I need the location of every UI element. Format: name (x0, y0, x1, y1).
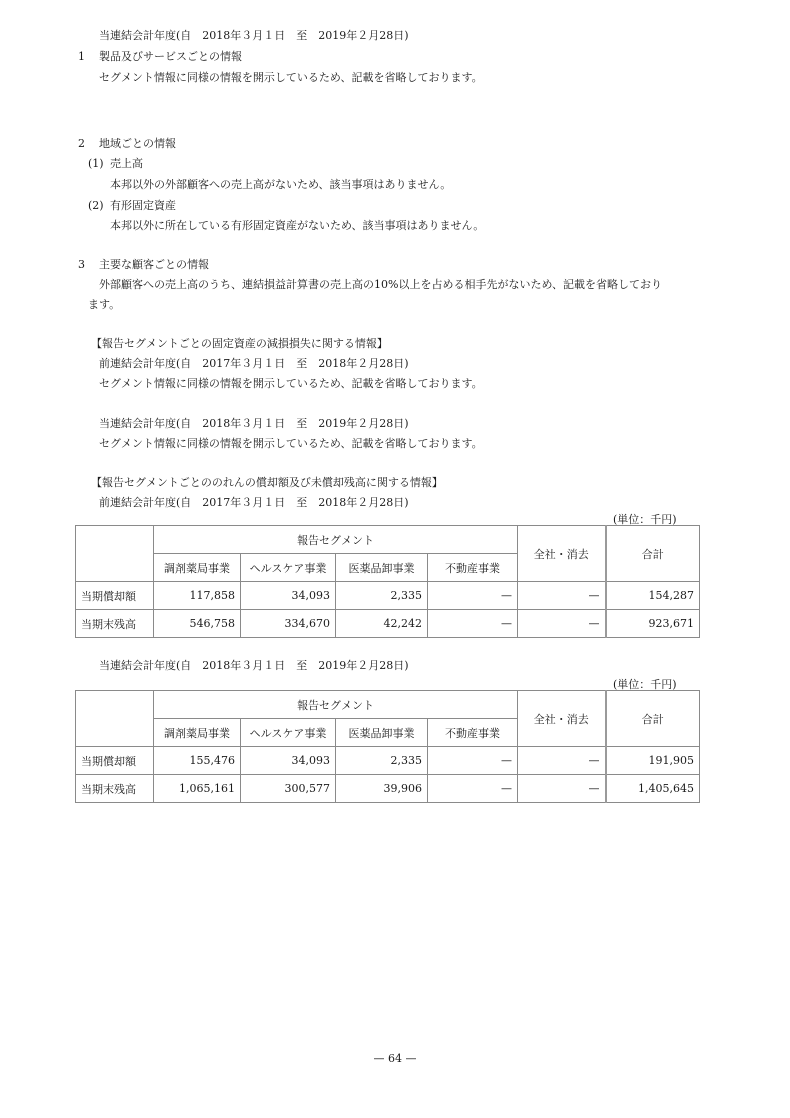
cell-value: 42,242 (336, 610, 428, 638)
header-reporting-segment: 報告セグメント (154, 526, 518, 554)
item-3-body-line2: ます。 (88, 298, 120, 312)
header-blank (76, 526, 154, 582)
header-segment-pharmacy: 調剤薬局事業 (154, 554, 241, 582)
table-row: 当期末残高 1,065,161 300,577 39,906 — — 1,405… (76, 775, 700, 803)
header-segment-pharmacy: 調剤薬局事業 (154, 719, 241, 747)
row-label: 当期償却額 (76, 747, 154, 775)
item-2-2-label: (2) (88, 199, 104, 213)
item-1-body: セグメント情報に同様の情報を開示しているため、記載を省略しております。 (99, 71, 483, 85)
cell-value: 155,476 (154, 747, 241, 775)
cell-total: 154,287 (606, 582, 700, 610)
impairment-prior-period: 前連結会計年度(自 2017年３月１日 至 2018年２月28日) (99, 357, 409, 371)
table-row: 当期末残高 546,758 334,670 42,242 — — 923,671 (76, 610, 700, 638)
cell-value: — (518, 775, 606, 803)
cell-value: — (428, 747, 518, 775)
item-2-2-title: 有形固定資産 (110, 199, 176, 213)
item-1-title: 製品及びサービスごとの情報 (99, 50, 242, 64)
header-segment-healthcare: ヘルスケア事業 (241, 719, 336, 747)
cell-value: — (428, 610, 518, 638)
page-number: — 64 — (0, 1052, 790, 1065)
cell-value: — (518, 582, 606, 610)
item-3-title: 主要な顧客ごとの情報 (99, 258, 209, 272)
item-2-2-body: 本邦以外に所在している有形固定資産がないため、該当事項はありません。 (110, 219, 484, 233)
cell-value: 334,670 (241, 610, 336, 638)
goodwill-prior-table: 報告セグメント 全社・消去 合計 調剤薬局事業 ヘルスケア事業 医薬品卸事業 不… (75, 525, 700, 638)
cell-value: — (428, 775, 518, 803)
cell-total: 923,671 (606, 610, 700, 638)
row-label: 当期償却額 (76, 582, 154, 610)
cell-value: — (518, 610, 606, 638)
period-current-heading: 当連結会計年度(自 2018年３月１日 至 2019年２月28日) (99, 29, 409, 43)
goodwill-prior-period: 前連結会計年度(自 2017年３月１日 至 2018年２月28日) (99, 496, 409, 510)
cell-value: 2,335 (336, 747, 428, 775)
item-2-1-body: 本邦以外の外部顧客への売上高がないため、該当事項はありません。 (110, 178, 451, 192)
cell-value: 1,065,161 (154, 775, 241, 803)
cell-total: 1,405,645 (606, 775, 700, 803)
header-corporate: 全社・消去 (518, 691, 606, 747)
item-2-1-label: (1) (88, 157, 104, 171)
cell-value: 34,093 (241, 747, 336, 775)
cell-value: 546,758 (154, 610, 241, 638)
impairment-current-period: 当連結会計年度(自 2018年３月１日 至 2019年２月28日) (99, 417, 409, 431)
cell-value: 2,335 (336, 582, 428, 610)
item-1-number: 1 (78, 50, 85, 64)
impairment-current-body: セグメント情報に同様の情報を開示しているため、記載を省略しております。 (99, 437, 483, 451)
cell-value: 39,906 (336, 775, 428, 803)
table-row: 当期償却額 155,476 34,093 2,335 — — 191,905 (76, 747, 700, 775)
row-label: 当期末残高 (76, 775, 154, 803)
table-header-row: 報告セグメント 全社・消去 合計 (76, 691, 700, 719)
goodwill-current-period: 当連結会計年度(自 2018年３月１日 至 2019年２月28日) (99, 659, 409, 673)
header-segment-wholesale: 医薬品卸事業 (336, 554, 428, 582)
item-2-title: 地域ごとの情報 (99, 137, 176, 151)
cell-total: 191,905 (606, 747, 700, 775)
header-segment-wholesale: 医薬品卸事業 (336, 719, 428, 747)
item-3-number: 3 (78, 258, 85, 272)
cell-value: — (518, 747, 606, 775)
impairment-heading: 【報告セグメントごとの固定資産の減損損失に関する情報】 (91, 337, 388, 351)
cell-value: 117,858 (154, 582, 241, 610)
row-label: 当期末残高 (76, 610, 154, 638)
cell-value: 34,093 (241, 582, 336, 610)
header-segment-healthcare: ヘルスケア事業 (241, 554, 336, 582)
cell-value: 300,577 (241, 775, 336, 803)
header-reporting-segment: 報告セグメント (154, 691, 518, 719)
item-3-body-line1: 外部顧客への売上高のうち、連結損益計算書の売上高の10%以上を占める相手先がない… (99, 278, 662, 292)
header-corporate: 全社・消去 (518, 526, 606, 582)
item-2-1-title: 売上高 (110, 157, 143, 171)
cell-value: — (428, 582, 518, 610)
header-total: 合計 (606, 526, 700, 582)
header-segment-realestate: 不動産事業 (428, 719, 518, 747)
header-segment-realestate: 不動産事業 (428, 554, 518, 582)
item-2-number: 2 (78, 137, 85, 151)
header-blank (76, 691, 154, 747)
impairment-prior-body: セグメント情報に同様の情報を開示しているため、記載を省略しております。 (99, 377, 483, 391)
goodwill-heading: 【報告セグメントごとののれんの償却額及び未償却残高に関する情報】 (91, 476, 443, 490)
table-row: 当期償却額 117,858 34,093 2,335 — — 154,287 (76, 582, 700, 610)
goodwill-current-table: 報告セグメント 全社・消去 合計 調剤薬局事業 ヘルスケア事業 医薬品卸事業 不… (75, 690, 700, 803)
header-total: 合計 (606, 691, 700, 747)
table-header-row: 報告セグメント 全社・消去 合計 (76, 526, 700, 554)
